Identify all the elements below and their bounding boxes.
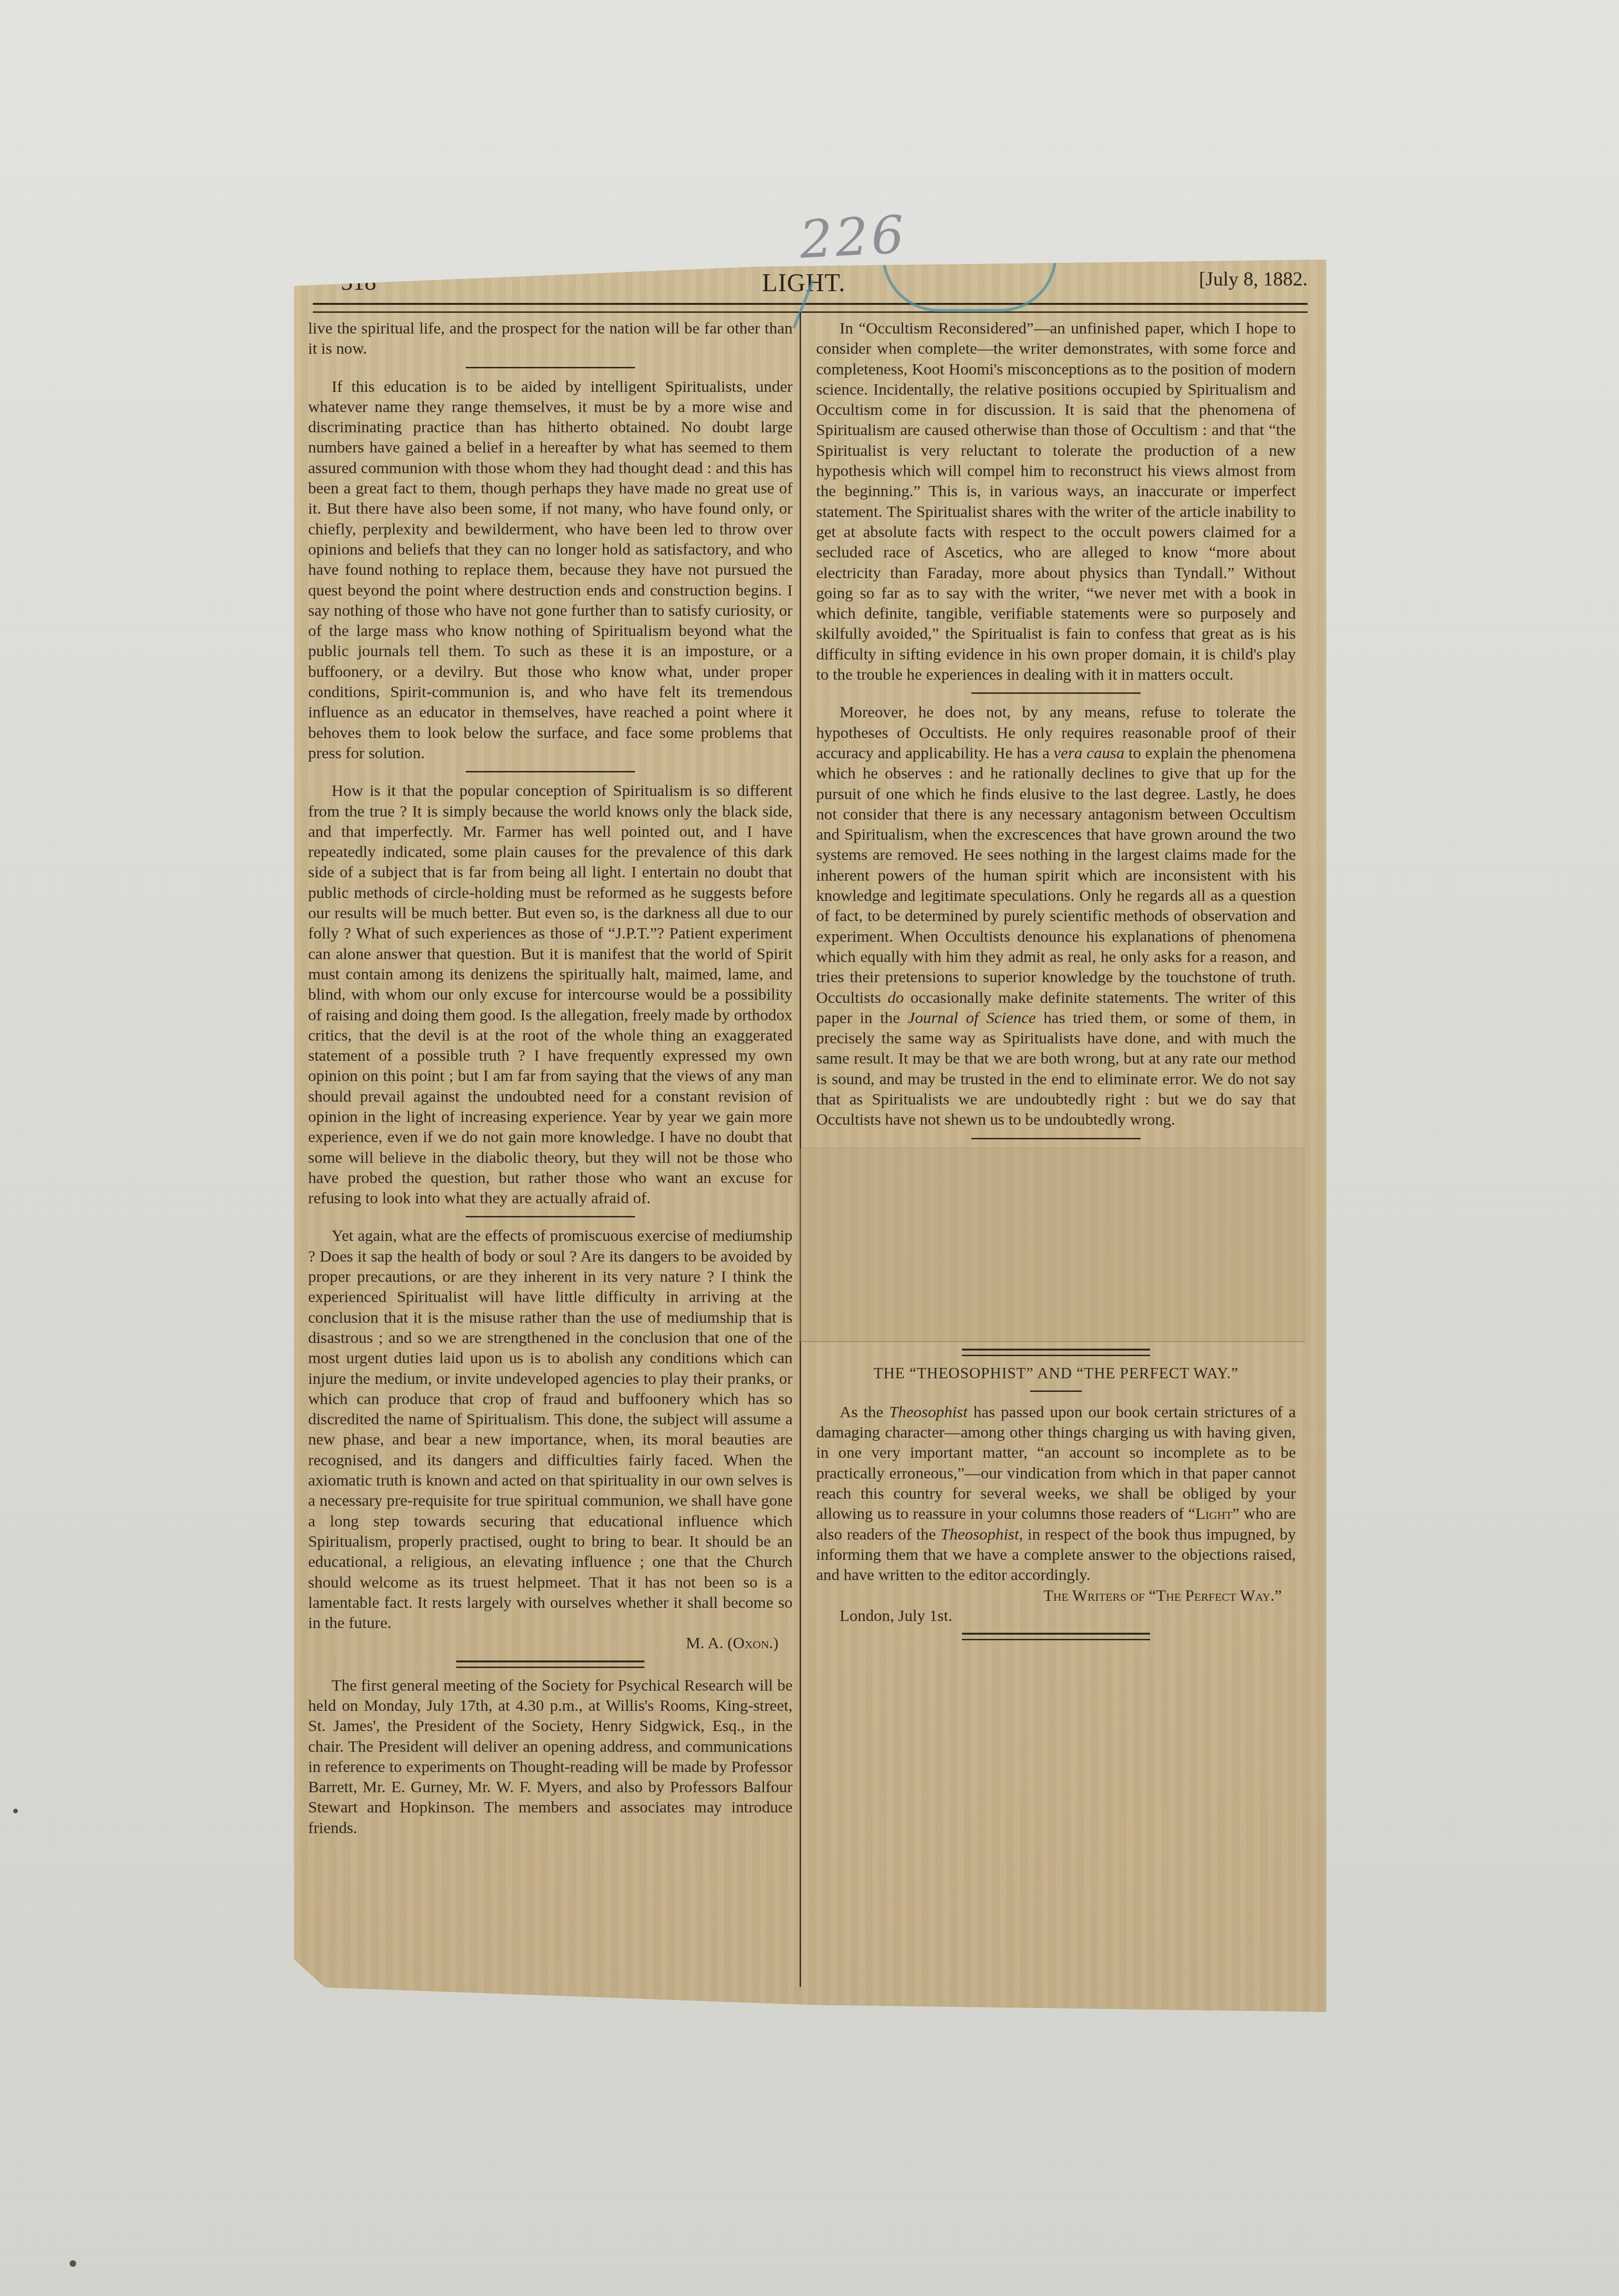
section-rule: [466, 771, 635, 772]
paragraph: How is it that the popular conception of…: [308, 781, 793, 1208]
italic-term: do: [888, 989, 904, 1007]
section-rule: [466, 1216, 635, 1217]
publication-title: Light: [1195, 1505, 1232, 1523]
author-signature: M. A. (Oxon.): [308, 1633, 793, 1653]
mount-blemish: [13, 1809, 18, 1813]
section-double-rule: [456, 1660, 644, 1668]
italic-term: vera causa: [1054, 744, 1125, 762]
publication-title: Theosophist: [941, 1525, 1019, 1543]
pasted-blank-strip: [797, 1148, 1305, 1342]
section-double-rule: [962, 1349, 1150, 1356]
newspaper-clipping: 318 LIGHT. [July 8, 1882. live the spiri…: [294, 260, 1326, 2012]
section-rule: [971, 692, 1141, 694]
journal-title: Journal of Science: [908, 1009, 1036, 1027]
author-signature: The Writers of “The Perfect Way.”: [816, 1586, 1296, 1606]
newspaper-title: LIGHT.: [762, 268, 845, 297]
dateline: London, July 1st.: [816, 1606, 1296, 1626]
paragraph: Moreover, he does not, by any means, ref…: [816, 702, 1296, 1130]
page-header: 318 LIGHT. [July 8, 1882.: [294, 260, 1326, 304]
section-rule: [466, 367, 635, 368]
paragraph: If this education is to be aided by inte…: [308, 377, 793, 764]
issue-date: [July 8, 1882.: [1199, 268, 1308, 291]
paragraph: live the spiritual life, and the prospec…: [308, 318, 793, 359]
notice-paragraph: The first general meeting of the Society…: [308, 1676, 793, 1838]
section-double-rule: [962, 1633, 1150, 1640]
heading-rule: [1030, 1390, 1082, 1392]
article-heading: THE “THEOSOPHIST” AND “THE PERFECT WAY.”: [816, 1364, 1296, 1384]
paragraph: As the Theosophist has passed upon our b…: [816, 1402, 1296, 1586]
pencil-folio-number: 226: [798, 204, 908, 270]
publication-title: Theosophist: [889, 1403, 968, 1421]
section-rule: [971, 1138, 1141, 1139]
header-rule: [313, 303, 1308, 313]
paragraph: Yet again, what are the effects of promi…: [308, 1226, 793, 1633]
page-number: 318: [341, 268, 376, 295]
right-column: In “Occultism Reconsidered”—an unfinishe…: [816, 318, 1296, 1648]
left-column: live the spiritual life, and the prospec…: [308, 318, 793, 1838]
paragraph: In “Occultism Reconsidered”—an unfinishe…: [816, 318, 1296, 685]
mount-blemish: [70, 2260, 76, 2267]
